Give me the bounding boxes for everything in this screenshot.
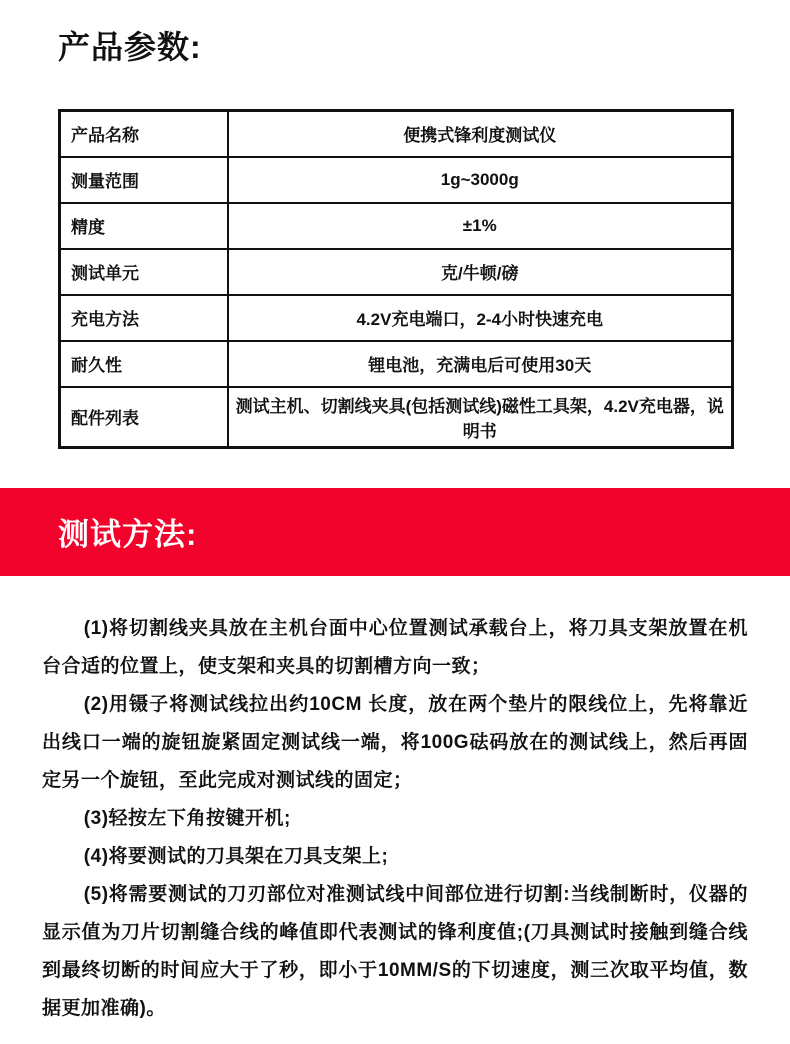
spec-table-wrap: 产品名称 便携式锋利度测试仪 测量范围 1g~3000g 精度 ±1% 测试单元… [58, 109, 732, 449]
method-steps: (1)将切割线夹具放在主机台面中心位置测试承载台上，将刀具支架放置在机台合适的位… [0, 576, 790, 1028]
param-value: ±1% [228, 203, 733, 249]
table-row: 测试单元 克/牛顿/磅 [60, 249, 733, 295]
param-label: 配件列表 [60, 387, 228, 448]
param-value: 4.2V充电端口，2-4小时快速充电 [228, 295, 733, 341]
table-row: 充电方法 4.2V充电端口，2-4小时快速充电 [60, 295, 733, 341]
method-step-5: (5)将需要测试的刀刃部位对准测试线中间部位进行切割:当线制断时，仪器的显示值为… [42, 876, 748, 1028]
param-label: 耐久性 [60, 341, 228, 387]
spec-table: 产品名称 便携式锋利度测试仪 测量范围 1g~3000g 精度 ±1% 测试单元… [58, 109, 734, 449]
table-row: 配件列表 测试主机、切割线夹具(包括测试线)磁性工具架，4.2V充电器，说明书 [60, 387, 733, 448]
param-value: 1g~3000g [228, 157, 733, 203]
param-label: 测试单元 [60, 249, 228, 295]
method-step-2: (2)用镊子将测试线拉出约10CM 长度，放在两个垫片的限线位上，先将靠近出线口… [42, 686, 748, 800]
table-row: 测量范围 1g~3000g [60, 157, 733, 203]
param-value: 克/牛顿/磅 [228, 249, 733, 295]
method-step-3: (3)轻按左下角按键开机; [42, 800, 748, 838]
param-value: 锂电池，充满电后可使用30天 [228, 341, 733, 387]
params-section-title: 产品参数: [58, 22, 790, 68]
table-row: 产品名称 便携式锋利度测试仪 [60, 111, 733, 157]
param-label: 精度 [60, 203, 228, 249]
param-label: 充电方法 [60, 295, 228, 341]
param-label: 产品名称 [60, 111, 228, 157]
param-label: 测量范围 [60, 157, 228, 203]
method-step-1: (1)将切割线夹具放在主机台面中心位置测试承载台上，将刀具支架放置在机台合适的位… [42, 610, 748, 686]
table-row: 精度 ±1% [60, 203, 733, 249]
param-value: 便携式锋利度测试仪 [228, 111, 733, 157]
method-section-title: 测试方法: [58, 509, 197, 554]
table-row: 耐久性 锂电池，充满电后可使用30天 [60, 341, 733, 387]
method-section-banner: 测试方法: [0, 488, 790, 576]
method-step-4: (4)将要测试的刀具架在刀具支架上; [42, 838, 748, 876]
param-value: 测试主机、切割线夹具(包括测试线)磁性工具架，4.2V充电器，说明书 [228, 387, 733, 448]
product-detail-page: { "page": { "background_color": "#ffffff… [0, 0, 790, 1044]
